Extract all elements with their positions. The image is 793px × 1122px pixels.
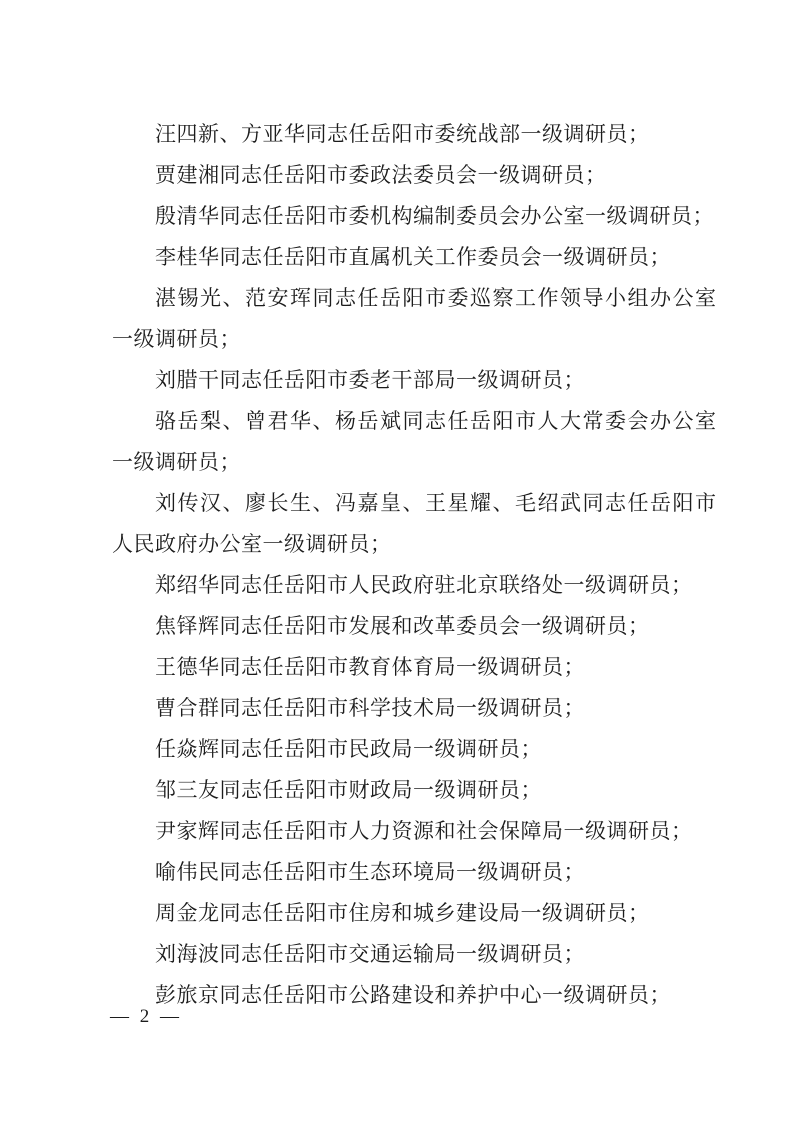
text-line: 贾建湘同志任岳阳市委政法委员会一级调研员； <box>112 155 687 196</box>
text-line: 周金龙同志任岳阳市住房和城乡建设局一级调研员； <box>112 893 687 934</box>
appointment-list: 汪四新、方亚华同志任岳阳市委统战部一级调研员；贾建湘同志任岳阳市委政法委员会一级… <box>112 114 687 1016</box>
text-line: 骆岳梨、曾君华、杨岳斌同志任岳阳市人大常委会办公室 <box>112 401 687 442</box>
text-line: 任焱辉同志任岳阳市民政局一级调研员； <box>112 729 687 770</box>
text-line: 殷清华同志任岳阳市委机构编制委员会办公室一级调研员； <box>112 196 687 237</box>
text-line: 曹合群同志任岳阳市科学技术局一级调研员； <box>112 688 687 729</box>
text-line: 邹三友同志任岳阳市财政局一级调研员； <box>112 770 687 811</box>
text-line: 汪四新、方亚华同志任岳阳市委统战部一级调研员； <box>112 114 687 155</box>
text-line: 李桂华同志任岳阳市直属机关工作委员会一级调研员； <box>112 237 687 278</box>
text-line: 王德华同志任岳阳市教育体育局一级调研员； <box>112 647 687 688</box>
text-line: 一级调研员； <box>112 442 687 483</box>
text-line: 喻伟民同志任岳阳市生态环境局一级调研员； <box>112 852 687 893</box>
text-line: 刘海波同志任岳阳市交通运输局一级调研员； <box>112 934 687 975</box>
text-line: 尹家辉同志任岳阳市人力资源和社会保障局一级调研员； <box>112 811 687 852</box>
text-line: 一级调研员； <box>112 319 687 360</box>
document-page: 汪四新、方亚华同志任岳阳市委统战部一级调研员；贾建湘同志任岳阳市委政法委员会一级… <box>0 0 793 1122</box>
text-line: 刘传汉、廖长生、冯嘉皇、王星耀、毛绍武同志任岳阳市 <box>112 483 687 524</box>
text-line: 人民政府办公室一级调研员； <box>112 524 687 565</box>
page-number: — 2 — <box>110 1002 182 1032</box>
text-line: 郑绍华同志任岳阳市人民政府驻北京联络处一级调研员； <box>112 565 687 606</box>
text-line: 刘腊干同志任岳阳市委老干部局一级调研员； <box>112 360 687 401</box>
text-line: 湛锡光、范安珲同志任岳阳市委巡察工作领导小组办公室 <box>112 278 687 319</box>
text-line: 彭旅京同志任岳阳市公路建设和养护中心一级调研员； <box>112 975 687 1016</box>
text-line: 焦铎辉同志任岳阳市发展和改革委员会一级调研员； <box>112 606 687 647</box>
